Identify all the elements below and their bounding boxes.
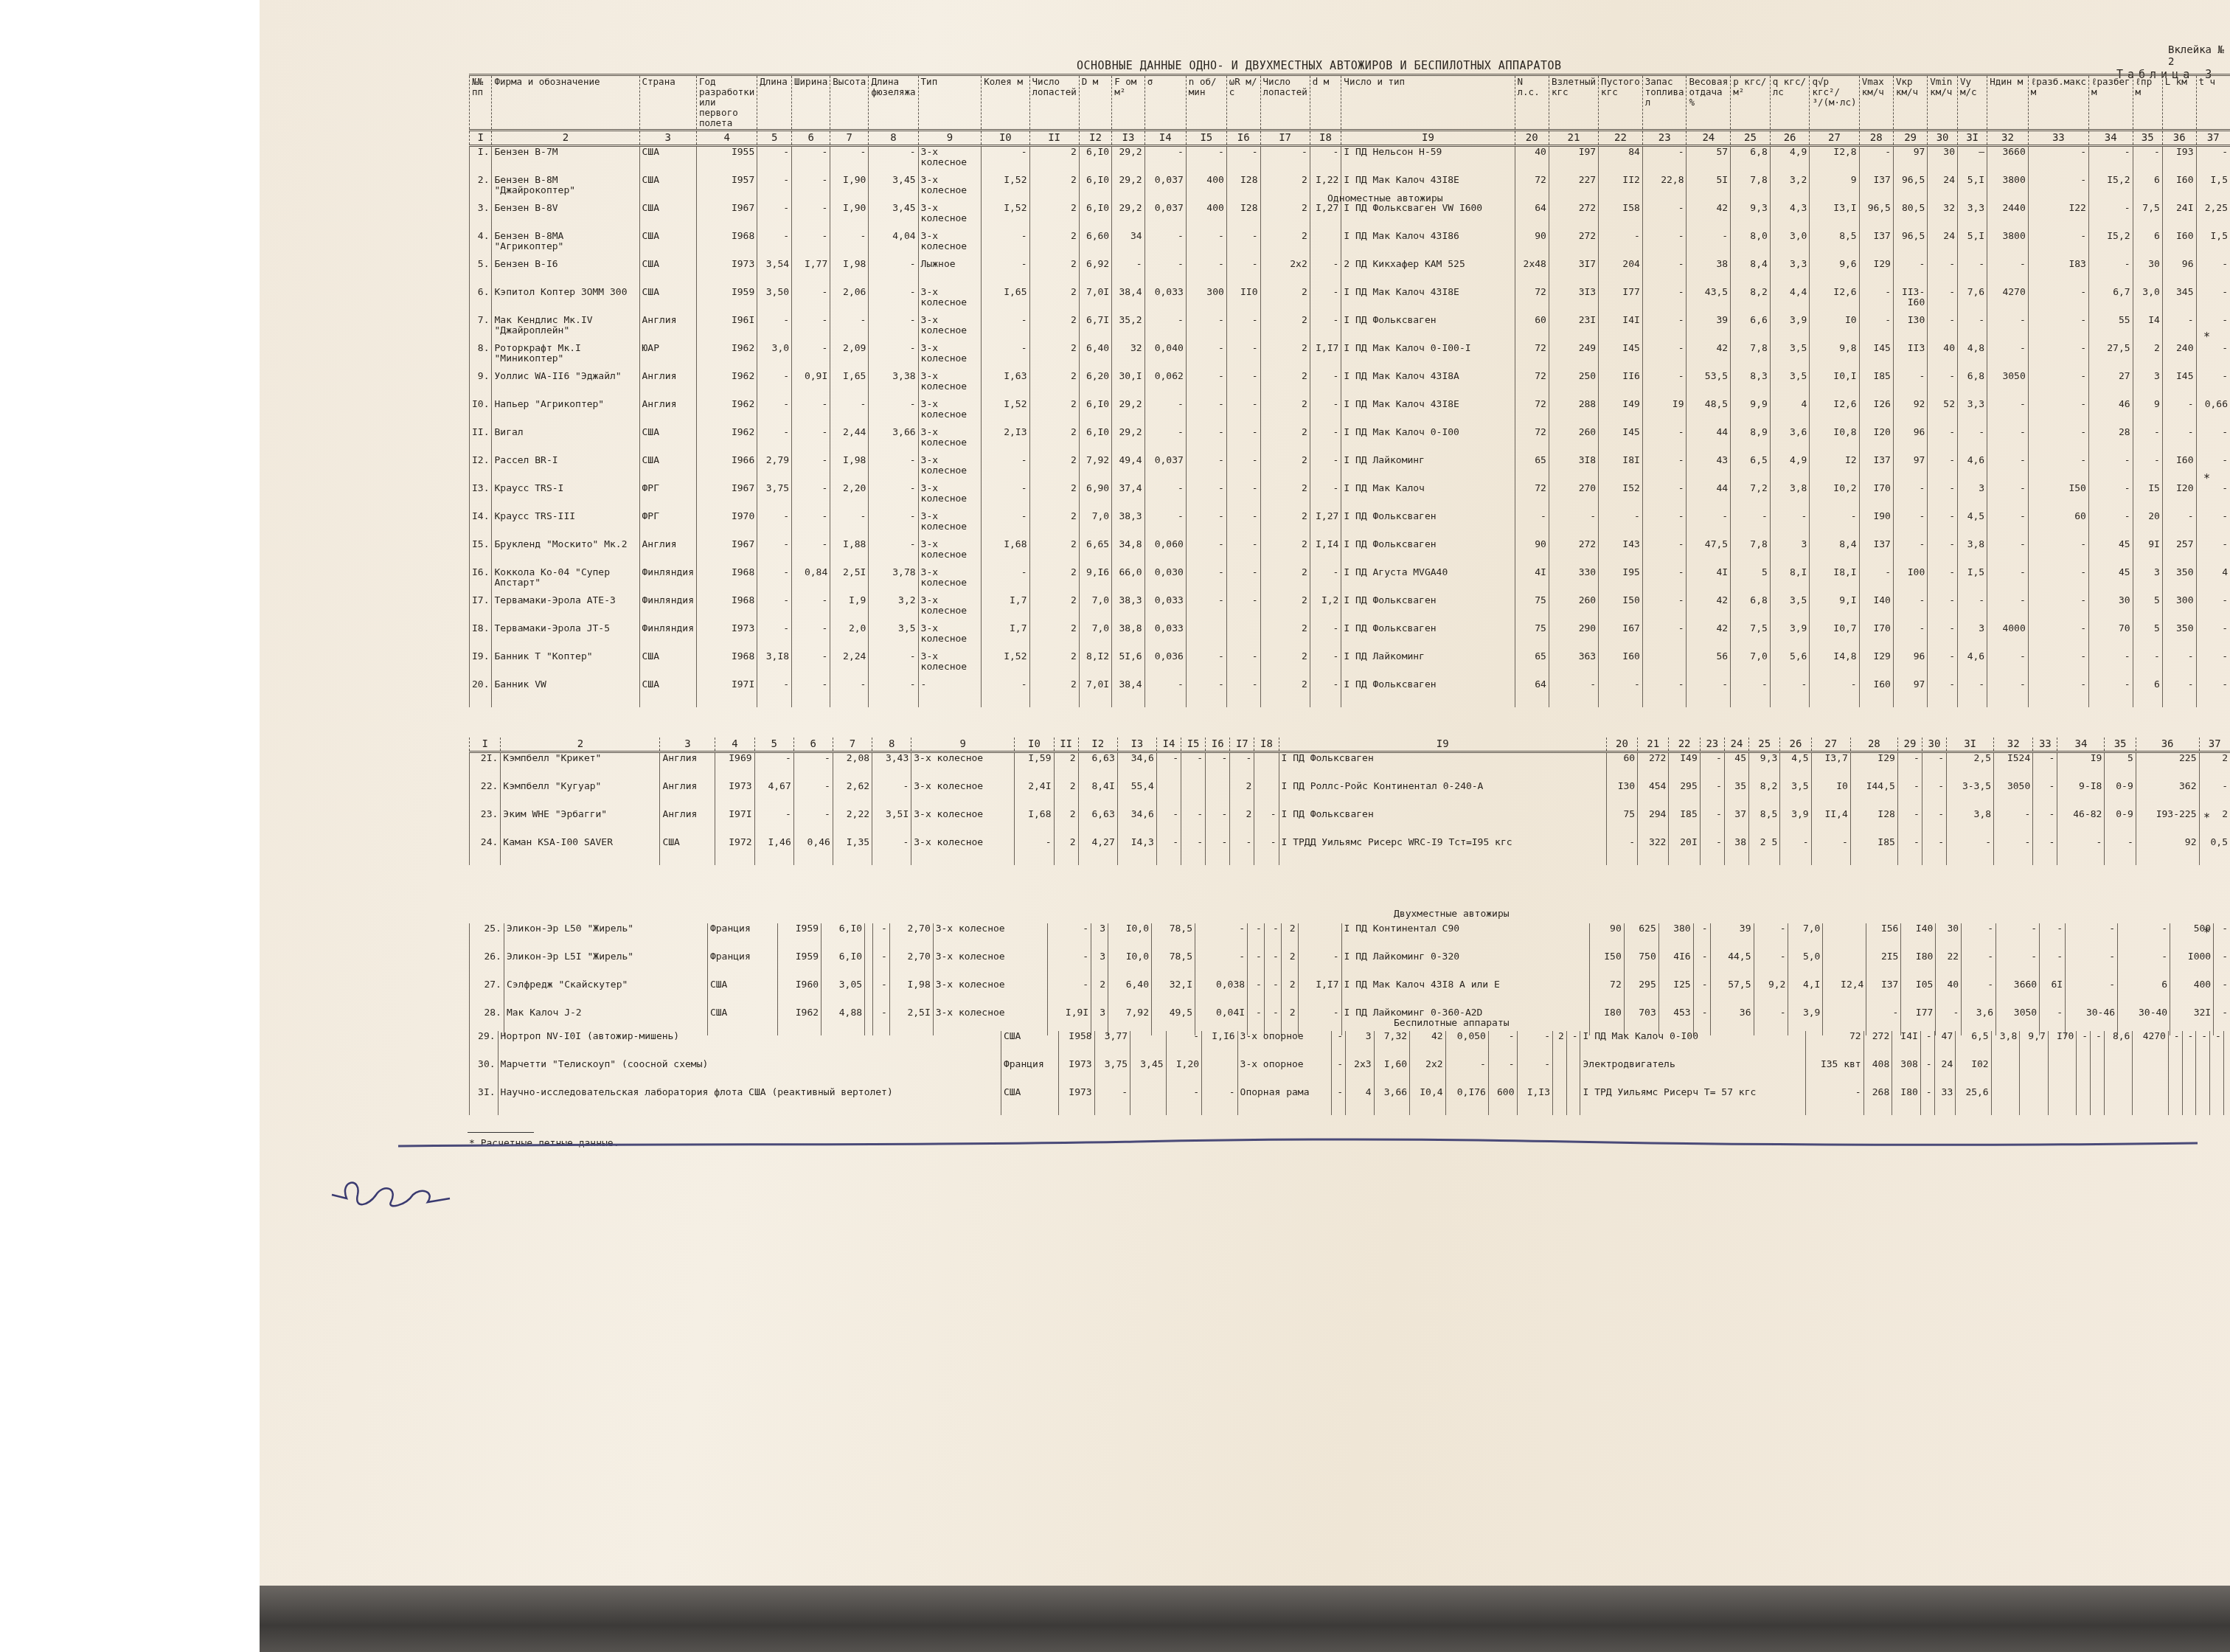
table-cell: Англия [660, 781, 715, 809]
header-fuselage-length: Длина фюзеляжа [869, 75, 918, 131]
column-number: 20 [1606, 737, 1637, 752]
table-cell: - [2028, 651, 2088, 679]
table-cell: 3-х колесное [918, 539, 982, 567]
table-cell: 3,5 [1770, 343, 1810, 371]
table-cell [2104, 1059, 2133, 1087]
table-cell: - [1859, 567, 1893, 595]
document-title: ОСНОВНЫЕ ДАННЫЕ ОДНО- И ДВУХМЕСТНЫХ АВТО… [1077, 59, 1562, 72]
table-cell: 4,5 [1780, 752, 1811, 782]
table-cell: 3I7 [1549, 259, 1598, 287]
table-cell: - [1987, 259, 2029, 287]
table-cell: 9,9 [1731, 399, 1771, 427]
table-cell: 35 [1724, 781, 1748, 809]
column-number: I8 [1310, 131, 1341, 146]
table-cell: 3 [2133, 567, 2162, 595]
table-cell: I0,2 [1810, 483, 1859, 511]
column-number: I7 [1230, 737, 1254, 752]
table-cell: - [1186, 483, 1226, 511]
table-cell: 60 [1515, 315, 1549, 343]
column-number: 25 [1731, 131, 1771, 146]
table-cell: 3,6 [1770, 427, 1810, 455]
table-row: 23.Эким WHE "Эрбагги"АнглияI97I--2,223,5… [470, 809, 2230, 837]
table-cell: 6,63 [1078, 752, 1117, 782]
table-cell: 2 [1260, 511, 1310, 539]
table-cell: I973 [697, 259, 757, 287]
table-cell: I50 [1599, 595, 1643, 623]
table-cell: - [792, 539, 830, 567]
table-cell: - [1048, 979, 1091, 1007]
table-cell: 0,037 [1144, 203, 1186, 231]
table-cell: 7,8 [1731, 539, 1771, 567]
table-cell: - [1994, 809, 2033, 837]
table-cell: I40 [1901, 923, 1936, 951]
table-cell [1298, 923, 1341, 951]
table-cell: II. [470, 427, 492, 455]
table-cell: 30 [1936, 923, 1962, 951]
table-cell: ЮАР [639, 343, 696, 371]
table-cell: Бензен B-8M "Джайрокоптер" [492, 175, 639, 203]
table-cell: I,98 [830, 259, 869, 287]
table-cell: 47 [1934, 1031, 1956, 1059]
table-cell: - [1962, 923, 1996, 951]
column-number: 37 [2196, 131, 2230, 146]
table-cell: I29 [1859, 259, 1893, 287]
table-cell: 6,I0 [1079, 399, 1111, 427]
table-cell: - [1186, 651, 1226, 679]
table-cell: США [707, 979, 777, 1007]
table-row: 6.Кэпитол Коптер ЗОММ 300СШАI9593,50-2,0… [470, 287, 2230, 315]
table-cell: - [757, 315, 792, 343]
table-cell [1130, 1087, 1166, 1115]
table-cell: - [1186, 146, 1226, 176]
table-cell: - [1922, 781, 1946, 809]
table-cell: I,7 [982, 623, 1029, 651]
column-number: 24 [1724, 737, 1748, 752]
table-cell: I959 [697, 287, 757, 315]
table-row: 29.Нортроп NV-I0I (автожир-мишень)СШАI95… [470, 1031, 2230, 1059]
table-cell: 3-х опорное [1237, 1059, 1332, 1087]
table-cell: 27 [2088, 371, 2133, 399]
table-cell: I ПД Фольксваген [1341, 511, 1515, 539]
table-cell: I70 [2048, 1031, 2077, 1059]
column-number: 6 [793, 737, 833, 752]
table-cell: I56 [1866, 923, 1901, 951]
header-takeoff-run: ℓразбег м [2088, 75, 2133, 131]
table-cell [2223, 1087, 2230, 1115]
column-number: I8 [1254, 737, 1279, 752]
table-cell [1310, 231, 1341, 259]
column-number: 5 [757, 131, 792, 146]
table-cell: I ПД Фольксваген [1341, 595, 1515, 623]
table-cell: 96,5 [1859, 203, 1893, 231]
table-cell: - [1700, 752, 1724, 782]
table-cell: 2 [1091, 979, 1108, 1007]
table-cell: - [2196, 651, 2230, 679]
table-cell: I20 [2162, 483, 2196, 511]
table-cell [2182, 1087, 2196, 1115]
table-row: 7.Мак Кендлис Мк.IV "Джайроплейн"АнглияI… [470, 315, 2230, 343]
table-cell: I22 [2028, 203, 2088, 231]
table-cell: - [1226, 427, 1260, 455]
table-cell: 2 [1054, 752, 1078, 782]
table-cell: I60 [2162, 455, 2196, 483]
table-cell: - [1195, 951, 1247, 979]
table-cell: 3-х колесное [911, 752, 1015, 782]
table-cell: 2,70 [889, 951, 933, 979]
table-cell: 3,38 [869, 371, 918, 399]
table-cell: I20 [1859, 427, 1893, 455]
table-cell: 8,2 [1731, 287, 1771, 315]
table-cell: 38 [1687, 259, 1731, 287]
table-cell: - [1156, 837, 1181, 865]
table-cell: Англия [639, 371, 696, 399]
table-cell: I ПД Фольксваген [1341, 539, 1515, 567]
table-cell: - [1987, 651, 2029, 679]
table-cell: - [1156, 809, 1181, 837]
table-cell: - [1515, 511, 1549, 539]
table-cell: - [1962, 979, 1996, 1007]
table-cell: 3,5 [1770, 595, 1810, 623]
table-row: I0.Напьер "Агрикоптер"АнглияI962----3-х … [470, 399, 2230, 427]
table-cell: I,2 [1310, 595, 1341, 623]
table-cell: 56 [1687, 651, 1731, 679]
table-cell: Финляндия [639, 623, 696, 651]
table-cell: - [1770, 679, 1810, 707]
table-cell: - [2040, 923, 2066, 951]
table-cell: - [1987, 483, 2029, 511]
table-cell: - [2088, 259, 2133, 287]
table-cell: - [792, 399, 830, 427]
table-cell: - [757, 595, 792, 623]
table-cell: 64 [1515, 203, 1549, 231]
table-cell: - [2118, 951, 2170, 979]
table-cell: I,20 [1166, 1059, 1201, 1087]
header-chassis-type: Тип [918, 75, 982, 131]
table-cell: - [757, 175, 792, 203]
table-cell: - [793, 781, 833, 809]
table-cell: 3 [1957, 483, 1987, 511]
table-cell: 4 [1346, 1087, 1375, 1115]
table-row: 8.Роторкрафт Мк.I "Миникоптер"ЮАРI9623,0… [470, 343, 2230, 371]
table-cell: 2 [1029, 315, 1079, 343]
table-cell: 3-х колесное [918, 146, 982, 176]
column-number: 34 [2088, 131, 2133, 146]
table-cell: 300 [1186, 287, 1226, 315]
table-cell: - [793, 809, 833, 837]
table-cell: - [1642, 623, 1687, 651]
table-cell [865, 951, 873, 979]
table-cell: - [982, 146, 1029, 176]
table-cell: - [1226, 679, 1260, 707]
table-cell: 30. [470, 1059, 499, 1087]
table-cell: I,90 [830, 175, 869, 203]
table-cell: 2 [1260, 315, 1310, 343]
table-cell: 2 [1281, 979, 1298, 1007]
table-cell: США [639, 231, 696, 259]
table-row: I5.Брукленд "Москито" Мк.2АнглияI967--I,… [470, 539, 2230, 567]
table-cell: - [830, 146, 869, 176]
table-cell: - [1928, 427, 1958, 455]
column-number: 23 [1642, 131, 1687, 146]
table-cell: 34 [1112, 231, 1144, 259]
table-cell: Марчетти "Телискоуп" (соосной схемы) [498, 1059, 1001, 1087]
column-number: 21 [1638, 737, 1669, 752]
table-cell: 20. [470, 679, 492, 707]
table-cell: 29,2 [1112, 203, 1144, 231]
table-cell: 350 [2162, 623, 2196, 651]
table-cell: - [1226, 231, 1260, 259]
table-cell: - [2214, 923, 2230, 951]
table-cell: - [1642, 427, 1687, 455]
table-cell: Кэпитол Коптер ЗОММ 300 [492, 287, 639, 315]
table-cell [2077, 1087, 2091, 1115]
table-cell: 80,5 [1893, 203, 1927, 231]
table-cell: - [2057, 837, 2105, 865]
table-cell: Франция [1001, 1059, 1058, 1087]
table-cell: I ПД Фольксваген [1341, 315, 1515, 343]
table-cell: 380 [1658, 923, 1693, 951]
column-number: 35 [2133, 131, 2162, 146]
data-table-part2: I23456789I0III2I3I4I5I6I7I8I920212223242… [469, 737, 2230, 865]
column-number: 32 [1994, 737, 2033, 752]
table-cell: - [1156, 752, 1181, 782]
table-cell: 2 [1029, 371, 1079, 399]
table-cell: 27. [470, 979, 504, 1007]
table-row: I6.Коккола Ко-04 "Супер Апстарт"Финлянди… [470, 567, 2230, 595]
table-cell: 0-9 [2105, 781, 2136, 809]
table-cell: - [1893, 371, 1927, 399]
table-cell: 3,2 [1770, 175, 1810, 203]
table-cell: I67 [1599, 623, 1643, 651]
table-cell: 3,05 [822, 979, 865, 1007]
table-cell: - [2028, 427, 2088, 455]
table-cell: 2 [1281, 951, 1298, 979]
table-cell: 22 [1936, 951, 1962, 979]
table-cell: - [1947, 837, 1994, 865]
table-cell: I6. [470, 567, 492, 595]
table-cell: 8,9 [1731, 427, 1771, 455]
table-cell: 9,2 [1754, 979, 1788, 1007]
table-cell: I,5 [1957, 567, 1987, 595]
table-cell: 3800 [1987, 175, 2029, 203]
table-cell: I,52 [982, 399, 1029, 427]
table-cell: I ПД Мак Калоч 43I8A [1341, 371, 1515, 399]
data-table-part1: №№ пп Фирма и обозначение Страна Год раз… [469, 74, 2230, 707]
table-cell: 3-х колесное [918, 343, 982, 371]
column-number: 26 [1780, 737, 1811, 752]
table-cell: 3,2 [869, 595, 918, 623]
section-two-seat: Двухместные автожиры [1394, 909, 1510, 920]
table-cell: Эликон-Эр L50 "Жирель" [504, 923, 707, 951]
table-cell: - [1928, 595, 1958, 623]
table-cell: 0,030 [1144, 567, 1186, 595]
table-cell: Тервамаки-Эрола АТЕ-3 [492, 595, 639, 623]
table-cell: 3-х колесное [918, 231, 982, 259]
table-cell: I4I [1599, 315, 1643, 343]
table-cell: 600 [1488, 1087, 1517, 1115]
table-cell: Нортроп NV-I0I (автожир-мишень) [498, 1031, 1001, 1059]
table-cell: 2I5 [1866, 951, 1901, 979]
table-cell: 249 [1549, 343, 1598, 371]
table-cell: 0,033 [1144, 287, 1186, 315]
table-cell: 400 [1186, 175, 1226, 203]
table-cell: 6,20 [1079, 371, 1111, 399]
table-row: 4.Бензен B-8MA "Агрикоптер"СШАI968---4,0… [470, 231, 2230, 259]
table-cell: I967 [697, 483, 757, 511]
table-cell [1130, 1031, 1166, 1059]
table-cell: I2,6 [1810, 287, 1859, 315]
table-cell: I80 [1901, 951, 1936, 979]
table-cell: 2 [1260, 679, 1310, 707]
table-cell: - [1015, 837, 1054, 865]
table-cell: - [1893, 259, 1927, 287]
table-cell: - [2088, 146, 2133, 176]
table-row: 25.Эликон-Эр L50 "Жирель"ФранцияI9596,I0… [470, 923, 2230, 951]
table-cell: - [1488, 1031, 1517, 1059]
table-cell: 8,I2 [1079, 651, 1111, 679]
table-cell: 225 [2136, 752, 2199, 782]
table-cell: - [792, 175, 830, 203]
table-cell: - [982, 455, 1029, 483]
table-cell: Финляндия [639, 595, 696, 623]
table-cell: - [1195, 923, 1247, 951]
table-cell: Кэмпбелл "Кугуар" [501, 781, 660, 809]
table-cell: - [757, 146, 792, 176]
column-number: I6 [1206, 737, 1230, 752]
table-cell: 3 [1346, 1031, 1375, 1059]
table-cell: - [2133, 146, 2162, 176]
column-number: 22 [1599, 131, 1643, 146]
table-cell: - [1310, 259, 1341, 287]
column-number: I9 [1341, 131, 1515, 146]
table-cell: - [1811, 837, 1850, 865]
table-cell: - [1928, 315, 1958, 343]
column-number: I7 [1260, 131, 1310, 146]
table-cell: - [1226, 455, 1260, 483]
table-cell: 34,6 [1117, 752, 1156, 782]
table-cell: - [792, 427, 830, 455]
table-cell: 7,5 [2133, 203, 2162, 231]
column-number: 5 [754, 737, 793, 752]
table-cell: I ПД Мак Калоч 0-I00 [1580, 1031, 1806, 1059]
table-cell: 29,2 [1112, 427, 1144, 455]
table-cell: 6. [470, 287, 492, 315]
table-cell: - [2196, 371, 2230, 399]
insert-label: Вклейка № 2 [2168, 44, 2230, 68]
table-cell: I52 [1599, 483, 1643, 511]
table-cell: 6,I0 [1079, 427, 1111, 455]
column-number: 9 [918, 131, 982, 146]
table-cell: - [757, 623, 792, 651]
table-cell: I2,6 [1810, 399, 1859, 427]
table-cell: - [1897, 781, 1922, 809]
table-cell: 8,4I [1078, 781, 1117, 809]
table-cell: 257 [2162, 539, 2196, 567]
table-cell: 272 [1549, 231, 1598, 259]
table-cell: 9,3 [1731, 203, 1771, 231]
table-cell: - [1996, 923, 2040, 951]
table-cell: I70 [1859, 483, 1893, 511]
table-cell: 57,5 [1710, 979, 1754, 1007]
table-cell: - [1048, 923, 1091, 951]
table-cell: 9,7 [2020, 1031, 2049, 1059]
table-row: 27.Сэлфредж "Скайскутер"СШАI9603,05-I,98… [470, 979, 2230, 1007]
table-cell: - [1248, 951, 1265, 979]
table-cell: - [1987, 679, 2029, 707]
table-cell: 32 [1112, 343, 1144, 371]
table-cell: I967 [697, 539, 757, 567]
table-cell: - [1642, 203, 1687, 231]
table-cell: 30 [2088, 595, 2133, 623]
table-cell: I28 [1850, 809, 1897, 837]
table-cell: - [1517, 1059, 1552, 1087]
table-cell: 0,84 [792, 567, 830, 595]
table-cell: - [2118, 923, 2170, 951]
table-cell: - [869, 399, 918, 427]
header-length: Длина [757, 75, 792, 131]
table-cell: 0,033 [1144, 595, 1186, 623]
table-cell: 48,5 [1687, 399, 1731, 427]
table-cell: I524 [1994, 752, 2033, 782]
table-cell: 9,3 [1748, 752, 1779, 782]
table-cell: - [1810, 679, 1859, 707]
table-cell: 3,8 [1947, 809, 1994, 837]
table-cell: 6,I0 [1079, 175, 1111, 203]
table-cell: 4I [1515, 567, 1549, 595]
table-cell: - [1893, 595, 1927, 623]
table-cell: 97 [1893, 146, 1927, 176]
table-cell: 4,9 [1770, 146, 1810, 176]
table-cell: - [2066, 979, 2118, 1007]
table-cell: I49 [1599, 399, 1643, 427]
table-cell: 363 [1549, 651, 1598, 679]
table-cell: 3,45 [869, 175, 918, 203]
table-cell: I9 [1642, 399, 1687, 427]
header-track: Колея м [982, 75, 1029, 131]
table-cell: I960 [778, 979, 822, 1007]
table-cell: 8,4 [1731, 259, 1771, 287]
table-cell: I70 [1859, 623, 1893, 651]
table-cell: 2 [1054, 809, 1078, 837]
table-cell: Сэлфредж "Скайскутер" [504, 979, 707, 1007]
table-cell: - [1226, 483, 1260, 511]
table-cell: 29,2 [1112, 399, 1144, 427]
column-number: 24 [1687, 131, 1731, 146]
table-cell: Эким WHE "Эрбагги" [501, 809, 660, 837]
column-number: 9 [911, 737, 1015, 752]
column-number: 6 [792, 131, 830, 146]
table-cell: I959 [778, 951, 822, 979]
table-cell: I955 [697, 146, 757, 176]
column-number: 4 [697, 131, 757, 146]
table-cell: I80 [1892, 1087, 1921, 1115]
table-cell: - [2088, 651, 2133, 679]
table-cell: I970 [697, 511, 757, 539]
table-cell: - [1642, 595, 1687, 623]
table-cell: - [1987, 511, 2029, 539]
table-cell: 3,8 [1957, 539, 1987, 567]
table-cell: 2 ПД Кикхафер КАМ 525 [1341, 259, 1515, 287]
table-cell: I,I7 [1310, 343, 1341, 371]
table-cell [2104, 1087, 2133, 1115]
table-cell: 5 [2133, 623, 2162, 651]
section-unmanned: Беспилотные аппараты [1394, 1018, 1510, 1029]
header-rpm: n об/мин [1186, 75, 1226, 131]
table-cell: - [757, 427, 792, 455]
table-cell: - [2162, 427, 2196, 455]
table-cell: I37 [1859, 539, 1893, 567]
table-cell: - [2162, 511, 2196, 539]
